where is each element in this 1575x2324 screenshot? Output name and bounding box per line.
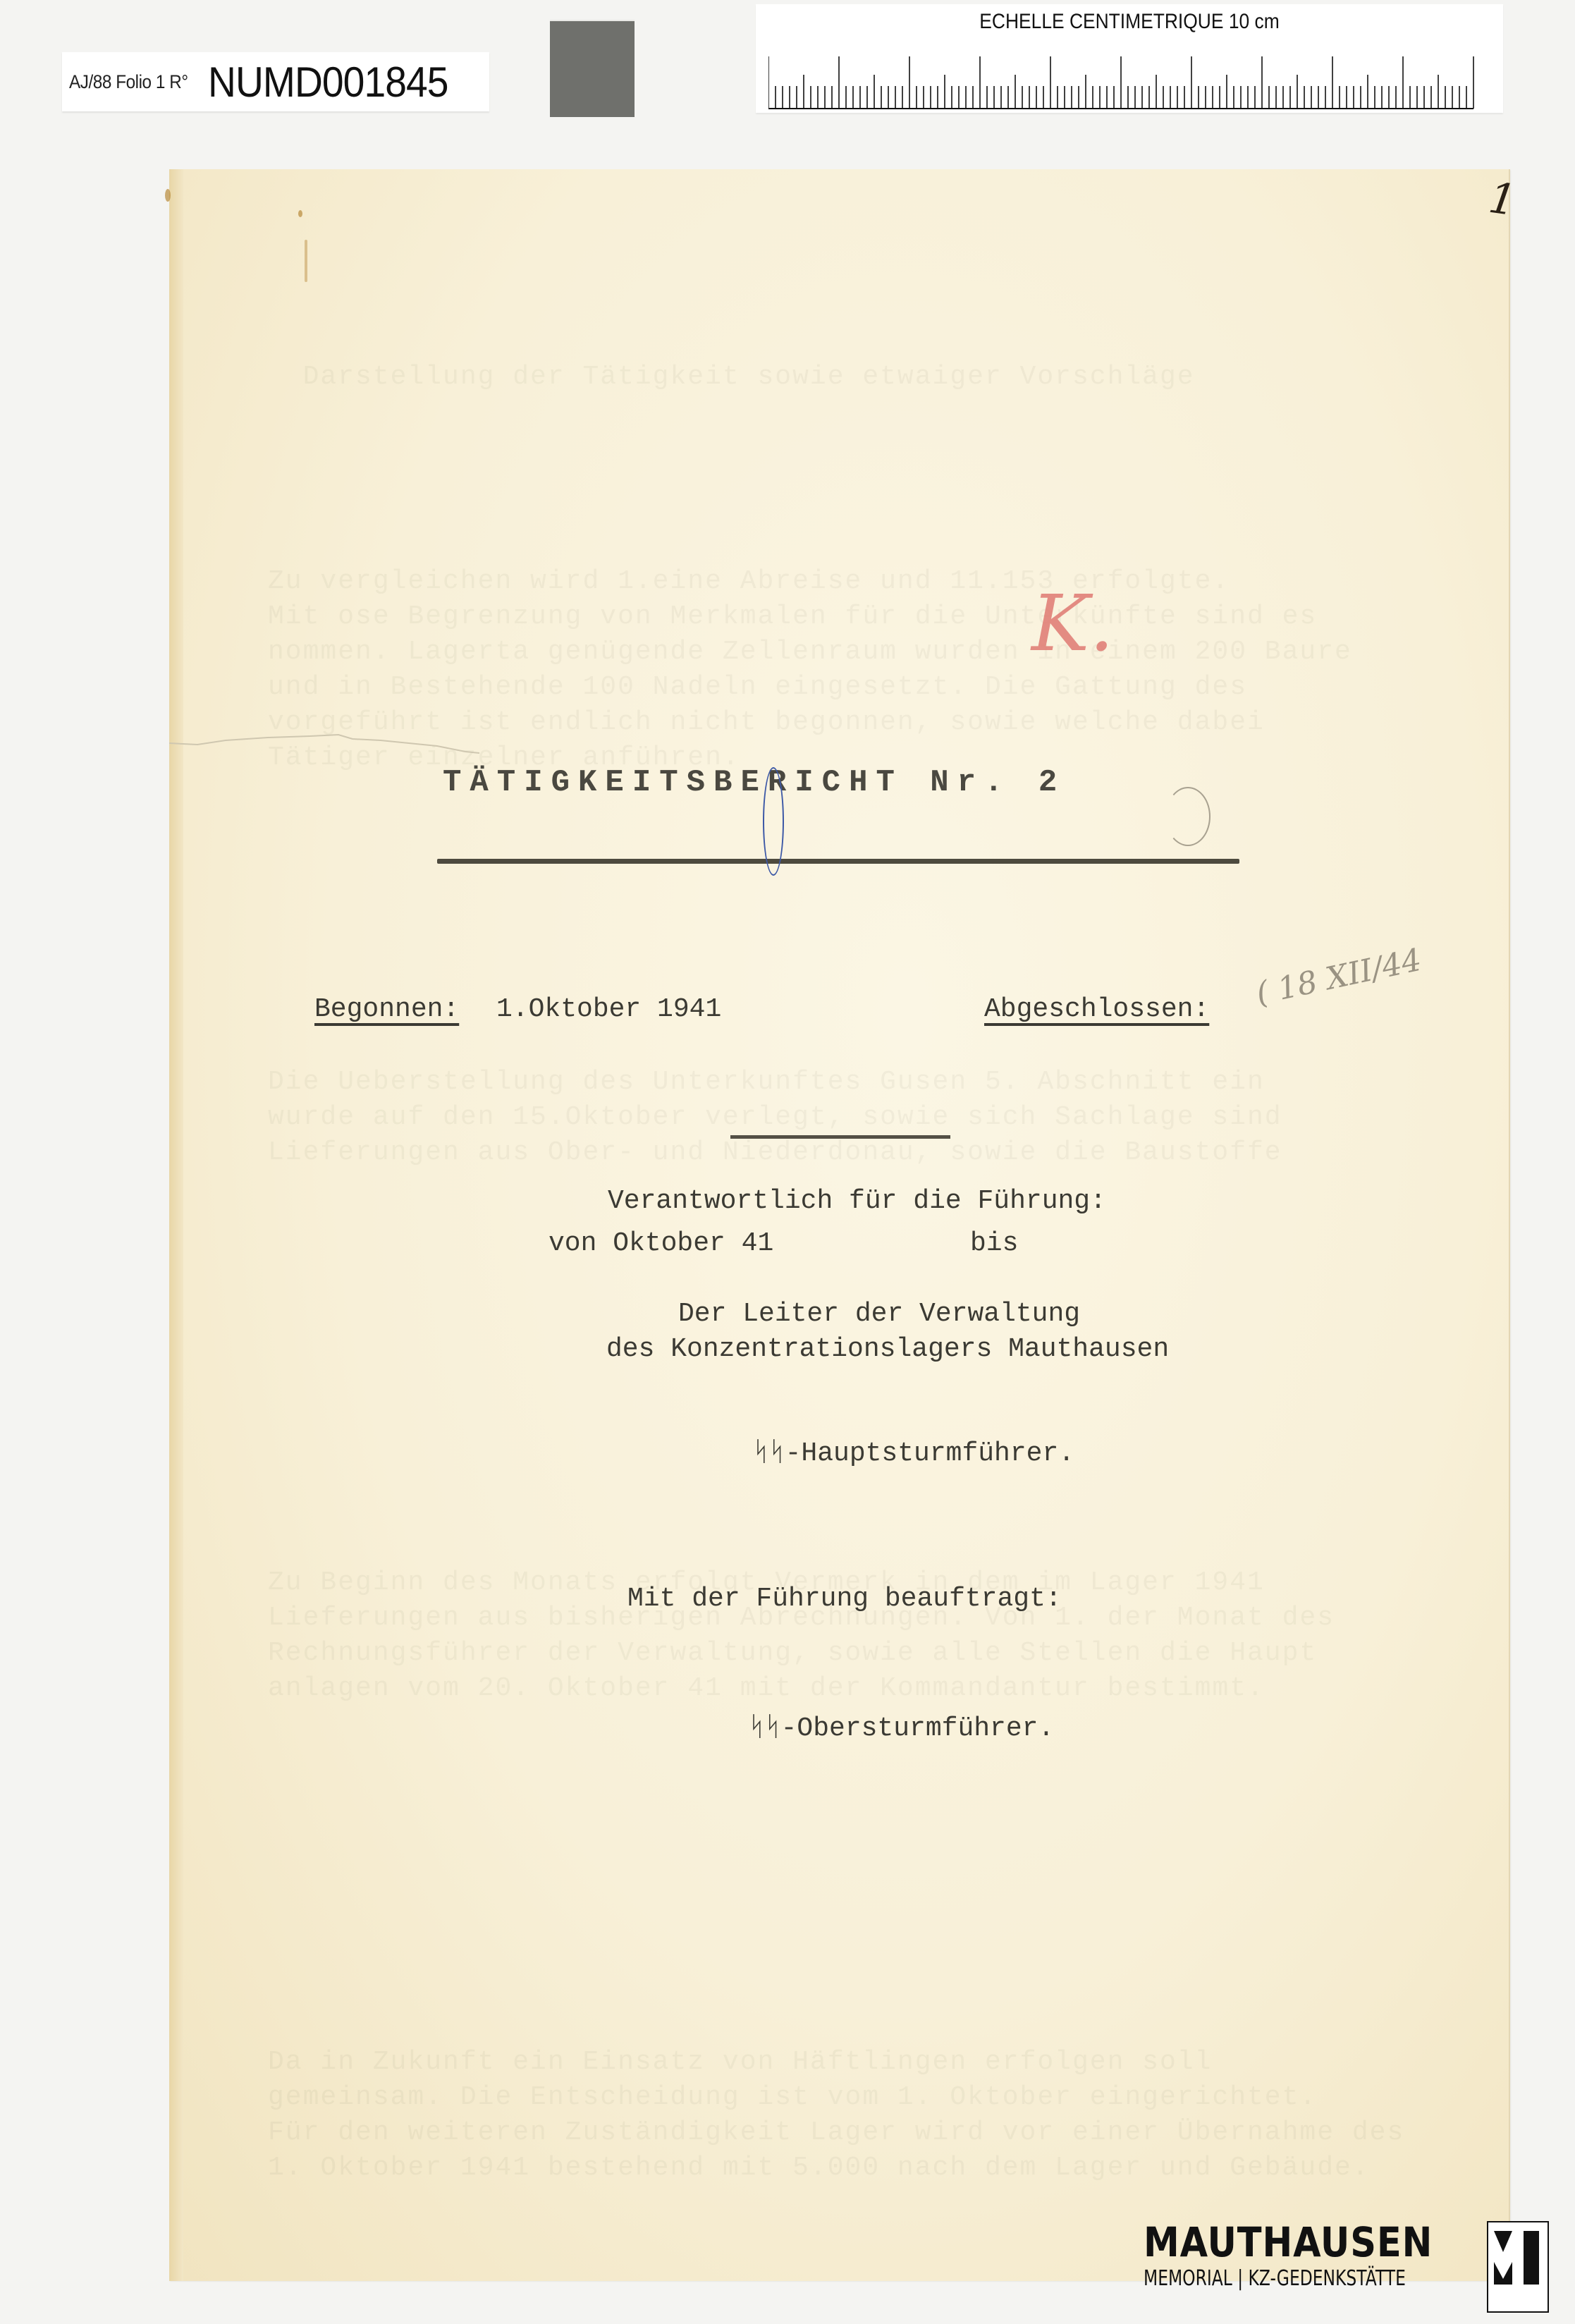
rust-stain bbox=[305, 240, 307, 282]
logo-m-mark-icon bbox=[1487, 2221, 1549, 2313]
ruler-title: ECHELLE CENTIMETRIQUE 10 cm bbox=[801, 10, 1459, 34]
logo-sub-text: MEMORIAL | KZ-GEDENKSTÄTTE bbox=[1144, 2263, 1406, 2294]
centimeter-scale-ruler: ECHELLE CENTIMETRIQUE 10 cm bbox=[756, 4, 1503, 113]
rank-signature-2: ᛋᛋ-Obersturmführer. bbox=[749, 1713, 1054, 1744]
started-label: Begonnen: bbox=[314, 994, 459, 1025]
bleed-through-text: Darstellung der Tätigkeit sowie etwaiger… bbox=[268, 360, 1195, 395]
rust-stain bbox=[298, 210, 302, 217]
ruler-ticks-icon bbox=[768, 52, 1489, 110]
pencil-circle-mark bbox=[1165, 787, 1211, 846]
archive-label: AJ/88 Folio 1 R° NUMD001845 bbox=[62, 52, 489, 111]
archive-id: NUMD001845 bbox=[208, 58, 448, 106]
document-page: Darstellung der Tätigkeit sowie etwaiger… bbox=[169, 169, 1510, 2281]
rank-signature-1: ᛋᛋ-Hauptsturmführer. bbox=[753, 1438, 1074, 1469]
office-line-1: Der Leiter der Verwaltung bbox=[678, 1299, 1080, 1329]
red-pencil-annotation: K. bbox=[1031, 578, 1114, 668]
separator-rule bbox=[730, 1135, 950, 1139]
period-from: von Oktober 41 bbox=[549, 1228, 773, 1259]
archive-reference: AJ/88 Folio 1 R° bbox=[69, 71, 188, 93]
started-value: 1.Oktober 1941 bbox=[496, 994, 721, 1025]
title-underline bbox=[437, 859, 1239, 864]
closed-label: Abgeschlossen: bbox=[984, 994, 1209, 1025]
blue-pencil-mark bbox=[763, 767, 784, 876]
paper-tear-line bbox=[169, 728, 479, 756]
rust-stain bbox=[165, 189, 171, 202]
assigned-heading: Mit der Führung beauftragt: bbox=[627, 1584, 1062, 1614]
mauthausen-memorial-logo: MAUTHAUSEN MEMORIAL | KZ-GEDENKSTÄTTE bbox=[1144, 2221, 1549, 2313]
document-title: TÄTIGKEITSBERICHT Nr. 2 bbox=[443, 765, 1065, 800]
office-line-2: des Konzentrationslagers Mauthausen bbox=[606, 1334, 1169, 1364]
responsible-heading: Verantwortlich für die Führung: bbox=[608, 1186, 1106, 1216]
period-to: bis bbox=[970, 1228, 1018, 1259]
bleed-through-text: Die Ueberstellung des Unterkunftes Gusen… bbox=[268, 1065, 1282, 1170]
grey-color-swatch bbox=[550, 20, 635, 117]
bleed-through-text: Da in Zukunft ein Einsatz von Häftlingen… bbox=[268, 2045, 1404, 2186]
logo-main-text: MAUTHAUSEN bbox=[1144, 2221, 1440, 2263]
handwritten-page-number: 1 bbox=[1485, 173, 1519, 226]
